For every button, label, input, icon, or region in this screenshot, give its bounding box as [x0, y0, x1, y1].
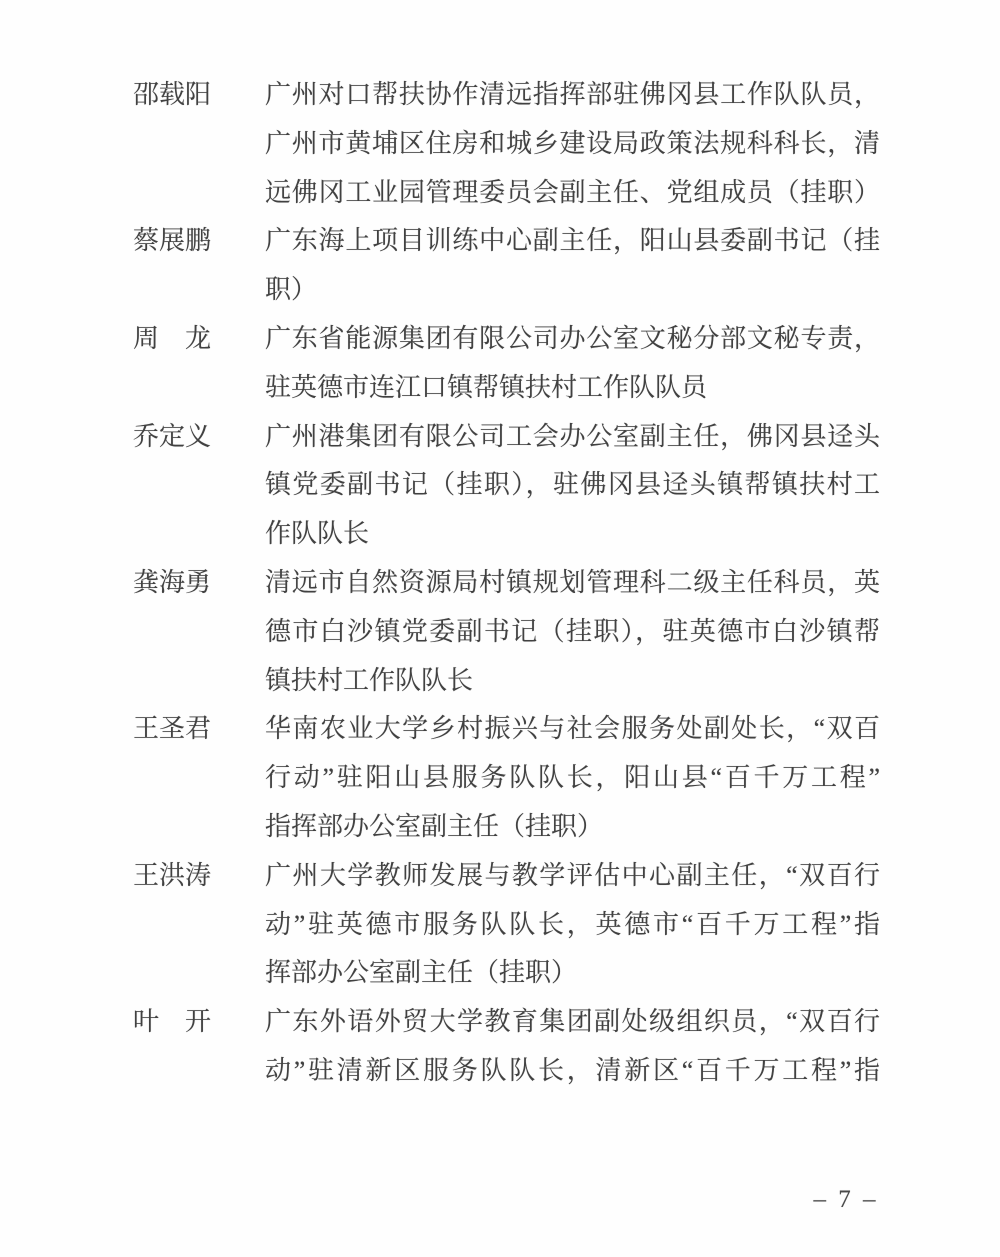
description-line: 广州对口帮扶协作清远指挥部驻佛冈县工作队队员， — [265, 71, 880, 120]
description-line: 广州港集团有限公司工会办公室副主任，佛冈县迳头 — [265, 413, 880, 462]
description-line: 动”驻清新区服务队队长，清新区“百千万工程”指 — [265, 1047, 880, 1096]
description-line: 职） — [265, 266, 880, 315]
entry-row: 龚海勇 清远市自然资源局村镇规划管理科二级主任科员，英 德市白沙镇党委副书记（挂… — [133, 559, 880, 705]
person-name: 王圣君 — [133, 705, 211, 754]
person-description: 广州港集团有限公司工会办公室副主任，佛冈县迳头 镇党委副书记（挂职），驻佛冈县迳… — [265, 413, 880, 559]
entry-row: 叶开 广东外语外贸大学教育集团副处级组织员，“双百行 动”驻清新区服务队队长，清… — [133, 998, 880, 1096]
description-line: 远佛冈工业园管理委员会副主任、党组成员（挂职） — [265, 169, 880, 218]
person-description: 广州大学教师发展与教学评估中心副主任，“双百行 动”驻英德市服务队队长，英德市“… — [265, 852, 880, 998]
description-line: 广东省能源集团有限公司办公室文秘分部文秘专责， — [265, 315, 880, 364]
description-line: 广州市黄埔区住房和城乡建设局政策法规科科长，清 — [265, 120, 880, 169]
description-line: 广东外语外贸大学教育集团副处级组织员，“双百行 — [265, 998, 880, 1047]
document-page: 邵载阳 广州对口帮扶协作清远指挥部驻佛冈县工作队队员， 广州市黄埔区住房和城乡建… — [0, 0, 1000, 1257]
person-name: 周龙 — [133, 315, 211, 364]
description-line: 镇党委副书记（挂职），驻佛冈县迳头镇帮镇扶村工 — [265, 461, 880, 510]
description-line: 广东海上项目训练中心副主任，阳山县委副书记（挂 — [265, 217, 880, 266]
entry-row: 周龙 广东省能源集团有限公司办公室文秘分部文秘专责， 驻英德市连江口镇帮镇扶村工… — [133, 315, 880, 413]
description-line: 行动”驻阳山县服务队队长，阳山县“百千万工程” — [265, 754, 880, 803]
entry-row: 邵载阳 广州对口帮扶协作清远指挥部驻佛冈县工作队队员， 广州市黄埔区住房和城乡建… — [133, 71, 880, 217]
page-number: – 7 – — [796, 1186, 896, 1214]
entry-row: 王圣君 华南农业大学乡村振兴与社会服务处副处长，“双百 行动”驻阳山县服务队队长… — [133, 705, 880, 851]
entry-row: 蔡展鹏 广东海上项目训练中心副主任，阳山县委副书记（挂 职） — [133, 217, 880, 315]
document-body: 邵载阳 广州对口帮扶协作清远指挥部驻佛冈县工作队队员， 广州市黄埔区住房和城乡建… — [133, 71, 880, 1096]
person-name: 龚海勇 — [133, 559, 211, 608]
person-description: 广州对口帮扶协作清远指挥部驻佛冈县工作队队员， 广州市黄埔区住房和城乡建设局政策… — [265, 71, 880, 217]
entry-row: 王洪涛 广州大学教师发展与教学评估中心副主任，“双百行 动”驻英德市服务队队长，… — [133, 852, 880, 998]
person-description: 清远市自然资源局村镇规划管理科二级主任科员，英 德市白沙镇党委副书记（挂职），驻… — [265, 559, 880, 705]
person-name: 蔡展鹏 — [133, 217, 211, 266]
description-line: 镇扶村工作队队长 — [265, 657, 880, 706]
description-line: 挥部办公室副主任（挂职） — [265, 949, 880, 998]
description-line: 华南农业大学乡村振兴与社会服务处副处长，“双百 — [265, 705, 880, 754]
description-line: 指挥部办公室副主任（挂职） — [265, 803, 880, 852]
description-line: 德市白沙镇党委副书记（挂职），驻英德市白沙镇帮 — [265, 608, 880, 657]
person-name: 乔定义 — [133, 413, 211, 462]
person-name: 叶开 — [133, 998, 211, 1047]
description-line: 动”驻英德市服务队队长，英德市“百千万工程”指 — [265, 901, 880, 950]
description-line: 驻英德市连江口镇帮镇扶村工作队队员 — [265, 364, 880, 413]
description-line: 作队队长 — [265, 510, 880, 559]
person-description: 广东外语外贸大学教育集团副处级组织员，“双百行 动”驻清新区服务队队长，清新区“… — [265, 998, 880, 1096]
description-line: 广州大学教师发展与教学评估中心副主任，“双百行 — [265, 852, 880, 901]
entry-row: 乔定义 广州港集团有限公司工会办公室副主任，佛冈县迳头 镇党委副书记（挂职），驻… — [133, 413, 880, 559]
person-description: 华南农业大学乡村振兴与社会服务处副处长，“双百 行动”驻阳山县服务队队长，阳山县… — [265, 705, 880, 851]
person-name: 王洪涛 — [133, 852, 211, 901]
person-description: 广东海上项目训练中心副主任，阳山县委副书记（挂 职） — [265, 217, 880, 315]
person-description: 广东省能源集团有限公司办公室文秘分部文秘专责， 驻英德市连江口镇帮镇扶村工作队队… — [265, 315, 880, 413]
person-name: 邵载阳 — [133, 71, 211, 120]
description-line: 清远市自然资源局村镇规划管理科二级主任科员，英 — [265, 559, 880, 608]
